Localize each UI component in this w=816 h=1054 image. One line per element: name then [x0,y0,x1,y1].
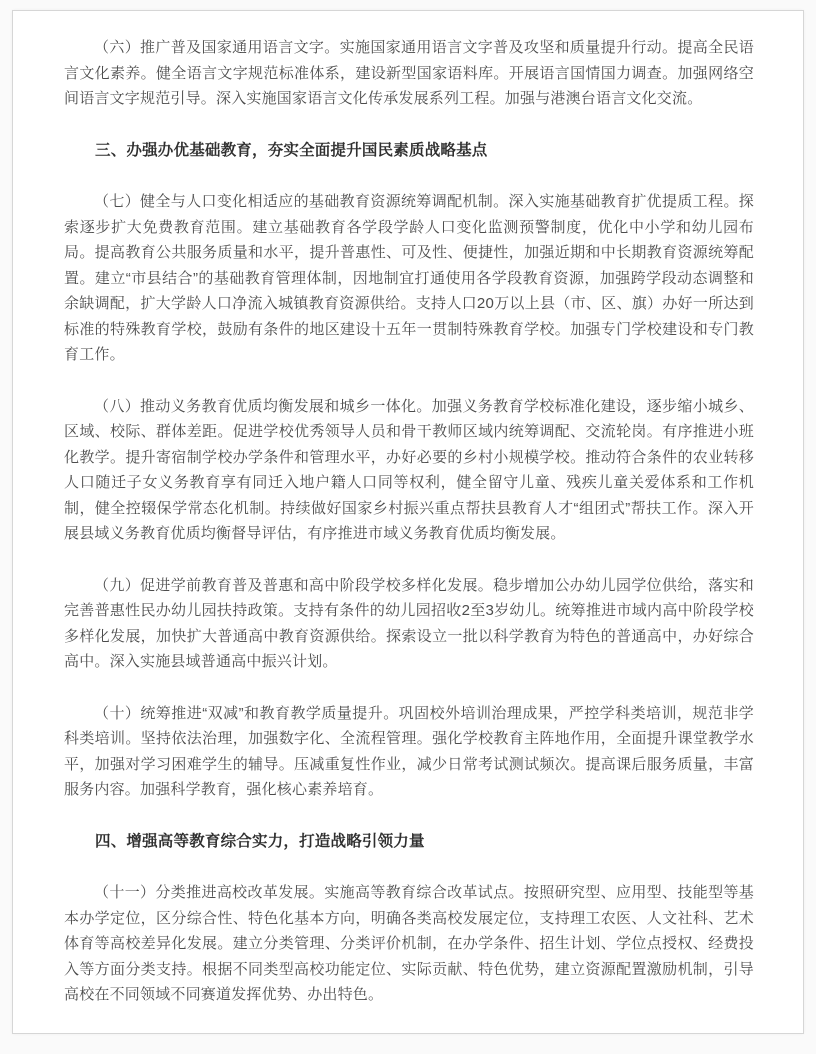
document-page-content: （六）推广普及国家通用语言文字。实施国家通用语言文字普及攻坚和质量提升行动。提高… [13,11,803,1008]
paragraph-9: （九）促进学前教育普及普惠和高中阶段学校多样化发展。稳步增加公办幼儿园学位供给，… [64,573,754,675]
paragraph-10: （十）统筹推进“双减”和教育教学质量提升。巩固校外培训治理成果，严控学科类培训，… [64,701,754,803]
paragraph-7: （七）健全与人口变化相适应的基础教育资源统筹调配机制。深入实施基础教育扩优提质工… [64,189,754,368]
section-heading-3: 三、办强办优基础教育，夯实全面提升国民素质战略基点 [64,138,754,164]
section-heading-4: 四、增强高等教育综合实力，打造战略引领力量 [64,829,754,855]
paragraph-6: （六）推广普及国家通用语言文字。实施国家通用语言文字普及攻坚和质量提升行动。提高… [64,35,754,112]
paragraph-8: （八）推动义务教育优质均衡发展和城乡一体化。加强义务教育学校标准化建设，逐步缩小… [64,394,754,547]
document-page: （六）推广普及国家通用语言文字。实施国家通用语言文字普及攻坚和质量提升行动。提高… [12,10,804,1034]
document-viewer: （六）推广普及国家通用语言文字。实施国家通用语言文字普及攻坚和质量提升行动。提高… [0,0,816,1054]
paragraph-11: （十一）分类推进高校改革发展。实施高等教育综合改革试点。按照研究型、应用型、技能… [64,880,754,1008]
